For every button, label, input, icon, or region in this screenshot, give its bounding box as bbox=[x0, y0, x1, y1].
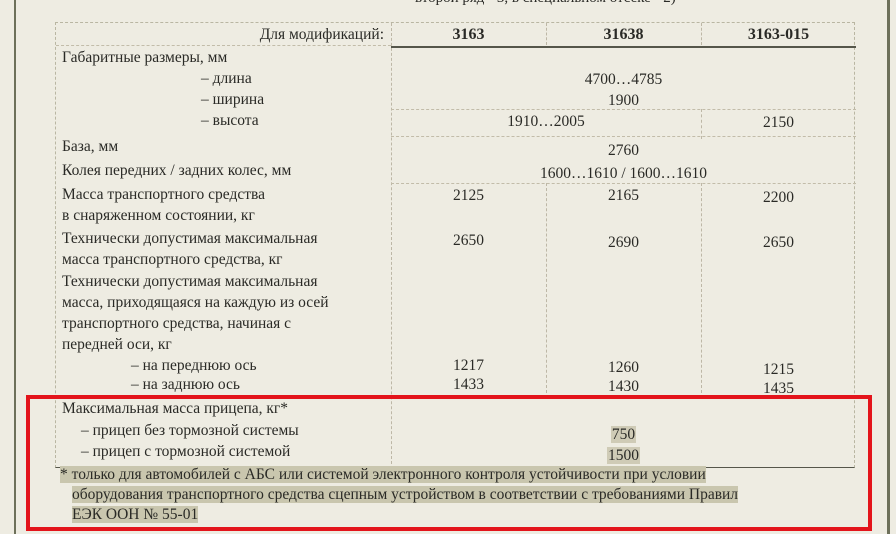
wheelbase-value: 2760 bbox=[391, 142, 856, 160]
unbraked-trailer-value: 750 bbox=[611, 426, 636, 443]
column-header-3163: 3163 bbox=[391, 26, 546, 44]
trailer-mass-label: Максимальная масса прицепа, кг* bbox=[62, 400, 288, 418]
footnote: * только для автомобилей с АБС или систе… bbox=[60, 465, 860, 525]
length-label: – длина bbox=[201, 70, 252, 88]
max-mass-3163: 2650 bbox=[391, 232, 546, 250]
length-value: 4700…4785 bbox=[391, 71, 856, 89]
curb-mass-label-2: в снаряженном состоянии, кг bbox=[62, 207, 255, 225]
track-row-bottom bbox=[391, 183, 856, 184]
header-row-line bbox=[56, 45, 391, 46]
axle-mass-label-2: масса, приходящаяся на каждую из осей bbox=[62, 294, 329, 312]
height-value-3163-015: 2150 bbox=[701, 114, 856, 132]
page-edge-right bbox=[887, 0, 890, 534]
axle-mass-label-3: транспортного средства, начиная с bbox=[62, 315, 291, 333]
braked-trailer-label: – прицеп с тормозной системой bbox=[81, 443, 290, 461]
top-caption: второй ряд - 3, в специальном отсеке - 2… bbox=[415, 0, 676, 7]
width-label: – ширина bbox=[201, 91, 264, 109]
curb-mass-3163: 2125 bbox=[391, 187, 546, 205]
braked-trailer-value-wrap: 1500 bbox=[391, 447, 856, 465]
height-value-3163-31638: 1910…2005 bbox=[391, 113, 701, 131]
footnote-line-3: ЕЭК ООН № 55-01 bbox=[60, 505, 860, 525]
unbraked-trailer-label: – прицеп без тормозной системы bbox=[81, 422, 299, 440]
curb-mass-31638: 2165 bbox=[546, 187, 701, 205]
height-label: – высота bbox=[201, 112, 259, 130]
column-header-3163-015: 3163-015 bbox=[701, 26, 856, 44]
front-axle-3163: 1217 bbox=[391, 357, 546, 375]
track-value: 1600…1610 / 1600…1610 bbox=[391, 165, 856, 183]
unbraked-trailer-value-wrap: 750 bbox=[391, 426, 856, 444]
axle-mass-label-4: передней оси, кг bbox=[62, 336, 172, 354]
max-mass-label-1: Технически допустимая максимальная bbox=[62, 230, 317, 248]
dimensions-label: Габаритные размеры, мм bbox=[62, 49, 227, 67]
footnote-line-2: оборудования транспортного средства сцеп… bbox=[60, 485, 860, 505]
wheelbase-label: База, мм bbox=[62, 138, 118, 156]
max-mass-3163-015: 2650 bbox=[701, 234, 856, 252]
column-header-31638: 31638 bbox=[546, 26, 701, 44]
footnote-line-1: * только для автомобилей с АБС или систе… bbox=[60, 465, 860, 485]
curb-mass-label-1: Масса транспортного средства bbox=[62, 186, 265, 204]
front-axle-31638: 1260 bbox=[546, 359, 701, 377]
curb-mass-3163-015: 2200 bbox=[701, 189, 856, 207]
spec-table: Для модификаций: 3163 31638 3163-015 Габ… bbox=[55, 22, 855, 468]
max-mass-label-2: масса транспортного средства, кг bbox=[62, 251, 283, 269]
rear-axle-label: – на заднюю ось bbox=[131, 376, 240, 394]
front-axle-3163-015: 1215 bbox=[701, 361, 856, 379]
max-mass-31638: 2690 bbox=[546, 234, 701, 252]
track-label: Колея передних / задних колес, мм bbox=[62, 162, 291, 180]
width-value: 1900 bbox=[391, 92, 856, 110]
header-label: Для модификаций: bbox=[260, 26, 384, 44]
rear-axle-3163-015: 1435 bbox=[701, 380, 856, 398]
rear-axle-31638: 1430 bbox=[546, 378, 701, 396]
page-edge-left bbox=[14, 0, 16, 534]
header-underline bbox=[391, 46, 856, 48]
axle-mass-label-1: Технически допустимая максимальная bbox=[62, 273, 317, 291]
front-axle-label: – на переднюю ось bbox=[131, 357, 257, 375]
height-row-bottom bbox=[391, 136, 856, 137]
braked-trailer-value: 1500 bbox=[607, 447, 640, 464]
rear-axle-3163: 1433 bbox=[391, 376, 546, 394]
